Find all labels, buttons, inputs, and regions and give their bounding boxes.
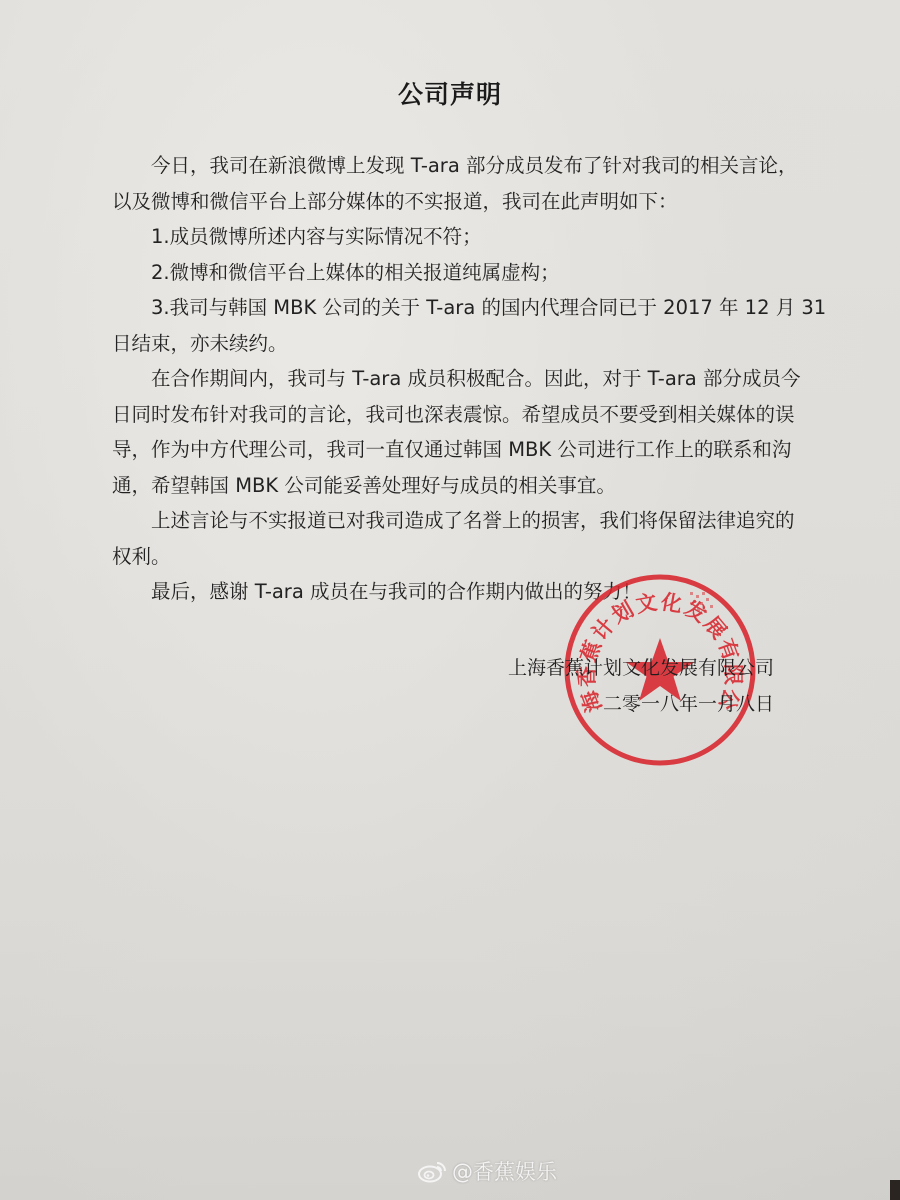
weibo-watermark: @香蕉娱乐 [418, 1156, 557, 1186]
document-body: 今日，我司在新浪微博上发现 T-ara 部分成员发布了针对我司的相关言论， 以及… [112, 148, 792, 610]
document-paper: 公司声明 今日，我司在新浪微博上发现 T-ara 部分成员发布了针对我司的相关言… [0, 0, 900, 1200]
paragraph-line: 通，希望韩国 MBK 公司能妥善处理好与成员的相关事宜。 [112, 468, 792, 504]
weibo-icon [418, 1159, 448, 1183]
signature-block: 上海香蕉计划文化发展有限公司 二零一八年一月八日 [508, 650, 774, 722]
paragraph-line: 在合作期间内，我司与 T-ara 成员积极配合。因此，对于 T-ara 部分成员… [112, 361, 792, 397]
statement-item-1: 1.成员微博所述内容与实际情况不符； [112, 219, 792, 255]
paragraph-cooperation: 在合作期间内，我司与 T-ara 成员积极配合。因此，对于 T-ara 部分成员… [112, 361, 792, 503]
statement-item-3: 3.我司与韩国 MBK 公司的关于 T-ara 的国内代理合同已于 2017 年… [112, 290, 792, 361]
statement-item-2: 2.微博和微信平台上媒体的相关报道纯属虚构； [112, 255, 792, 291]
paragraph-line: 权利。 [112, 539, 792, 575]
paragraph-line: 日同时发布针对我司的言论，我司也深表震惊。希望成员不要受到相关媒体的误 [112, 397, 792, 433]
paragraph-line: 2.微博和微信平台上媒体的相关报道纯属虚构； [112, 255, 792, 291]
paragraph-line: 以及微博和微信平台上部分媒体的不实报道，我司在此声明如下： [112, 184, 792, 220]
background-edge [890, 1180, 900, 1200]
paragraph-line: 1.成员微博所述内容与实际情况不符； [112, 219, 792, 255]
watermark-handle: @香蕉娱乐 [452, 1156, 557, 1186]
paragraph-line: 3.我司与韩国 MBK 公司的关于 T-ara 的国内代理合同已于 2017 年… [112, 290, 792, 326]
paragraph-line: 今日，我司在新浪微博上发现 T-ara 部分成员发布了针对我司的相关言论， [112, 148, 792, 184]
paragraph-line: 上述言论与不实报道已对我司造成了名誉上的损害，我们将保留法律追究的 [112, 503, 792, 539]
document-title: 公司声明 [0, 75, 900, 111]
paragraph-line: 导，作为中方代理公司，我司一直仅通过韩国 MBK 公司进行工作上的联系和沟 [112, 432, 792, 468]
signature-date: 二零一八年一月八日 [508, 686, 774, 722]
paragraph-intro: 今日，我司在新浪微博上发现 T-ara 部分成员发布了针对我司的相关言论， 以及… [112, 148, 792, 219]
paragraph-line: 日结束，亦未续约。 [112, 326, 792, 362]
paragraph-legal: 上述言论与不实报道已对我司造成了名誉上的损害，我们将保留法律追究的 权利。 [112, 503, 792, 574]
signature-company: 上海香蕉计划文化发展有限公司 [508, 650, 774, 686]
